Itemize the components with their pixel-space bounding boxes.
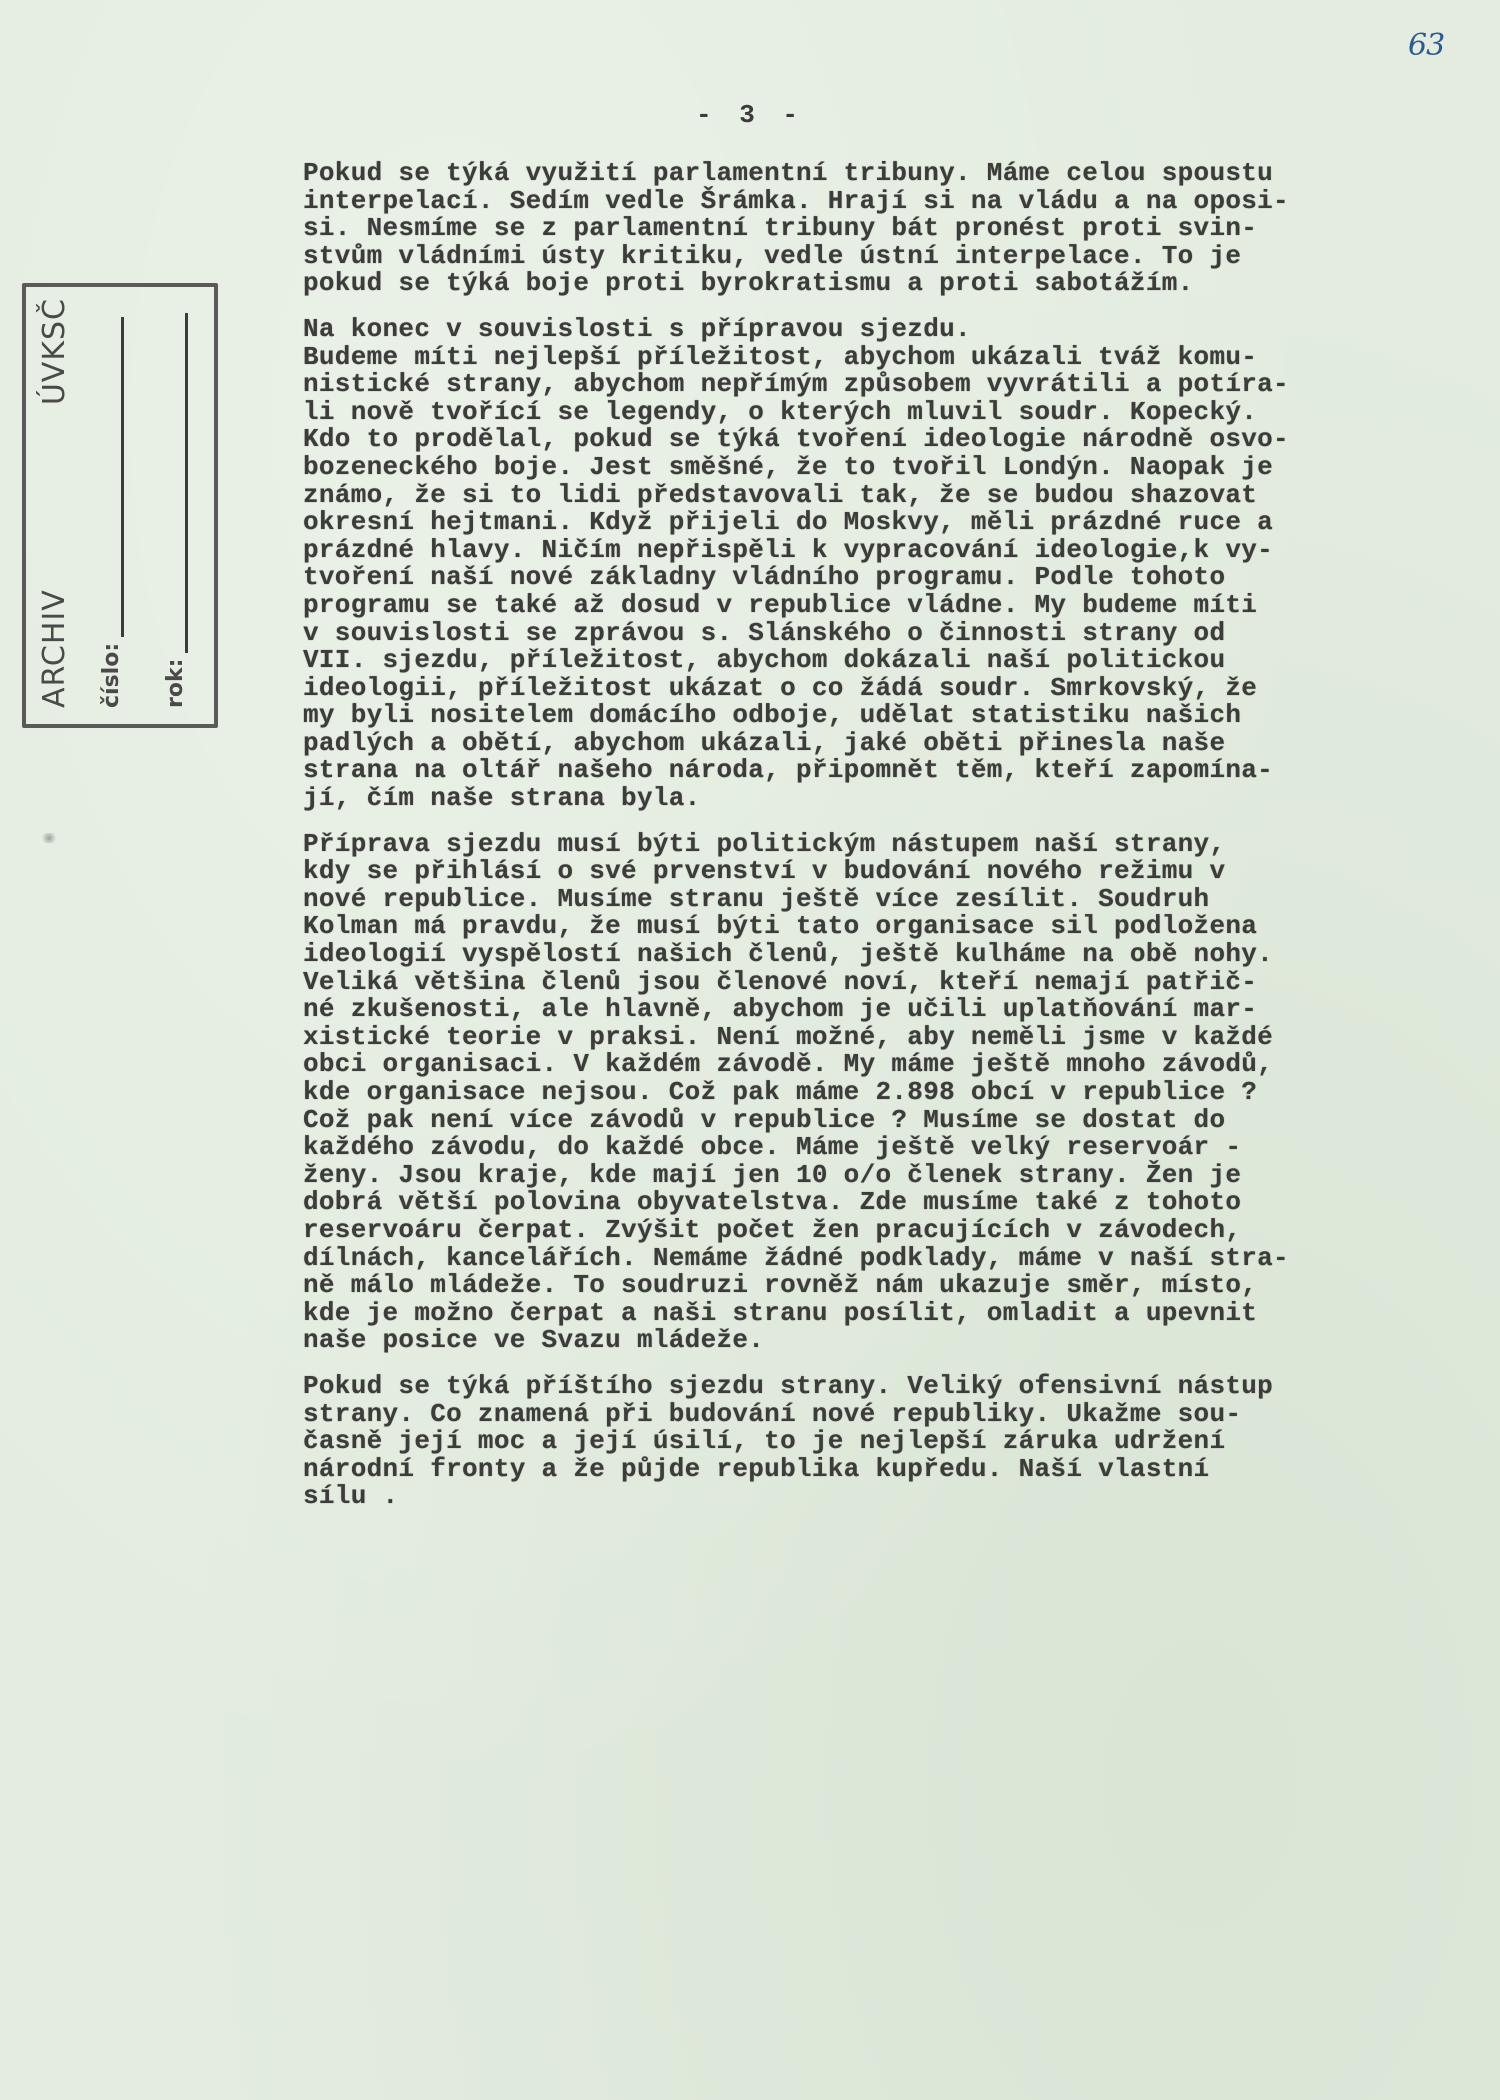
text-line: tvoření naší nové základny vládního prog… <box>303 564 1443 592</box>
text-line: padlých a obětí, abychom ukázali, jaké o… <box>303 730 1443 758</box>
text-line: Budeme míti nejlepší příležitost, abycho… <box>303 344 1443 372</box>
text-line: okresní hejtmani. Když přijeli do Moskvy… <box>303 509 1443 537</box>
stamp-title-uvksc: ÚVKSČ <box>37 298 72 405</box>
text-line: národní fronty a že půjde republika kupř… <box>303 1456 1443 1484</box>
stamp-number-field: číslo: <box>99 316 124 707</box>
text-line: Veliká většina členů jsou členové noví, … <box>303 969 1443 997</box>
text-line: Kdo to prodělal, pokud se týká tvoření i… <box>303 426 1443 454</box>
text-line: kdy se přihlásí o své prvenství v budová… <box>303 858 1443 886</box>
document-body: Pokud se týká využití parlamentní tribun… <box>303 160 1443 1529</box>
text-line: programu se také až dosud v republice vl… <box>303 592 1443 620</box>
archive-stamp: ARCHIV ÚVKSČ číslo: rok: <box>22 283 218 728</box>
text-line: stvům vládními ústy kritiku, vedle ústní… <box>303 243 1443 271</box>
text-line: ženy. Jsou kraje, kde mají jen 10 o/o čl… <box>303 1162 1443 1190</box>
text-line: kde je možno čerpat a naši stranu posíli… <box>303 1300 1443 1328</box>
text-line: strany. Co znamená při budování nové rep… <box>303 1401 1443 1429</box>
text-line: kde organisace nejsou. Což pak máme 2.89… <box>303 1079 1443 1107</box>
text-line: Pokud se týká příštího sjezdu strany. Ve… <box>303 1373 1443 1401</box>
text-line: jí, čím naše strana byla. <box>303 785 1443 813</box>
ink-smudge <box>40 833 58 843</box>
stamp-year-label: rok: <box>163 658 188 707</box>
paragraph-next-congress: Pokud se týká příštího sjezdu strany. Ve… <box>303 1373 1443 1511</box>
text-line: známo, že si to lidi představovali tak, … <box>303 482 1443 510</box>
paragraph-parliament: Pokud se týká využití parlamentní tribun… <box>303 160 1443 298</box>
stamp-number-line <box>103 316 124 636</box>
paragraph-opportunity: Budeme míti nejlepší příležitost, abycho… <box>303 344 1443 813</box>
text-line: interpelací. Sedím vedle Šrámka. Hrají s… <box>303 188 1443 216</box>
text-line: nové republice. Musíme stranu ještě více… <box>303 886 1443 914</box>
text-line: Příprava sjezdu musí býti politickým nás… <box>303 831 1443 859</box>
text-line: naše posice ve Svazu mládeže. <box>303 1327 1443 1355</box>
text-line: ideologií vyspělostí našich členů, ještě… <box>303 941 1443 969</box>
text-line: nistické strany, abychom nepřímým způsob… <box>303 371 1443 399</box>
text-line: obci organisaci. V každém závodě. My mám… <box>303 1051 1443 1079</box>
text-line: sílu . <box>303 1483 1443 1511</box>
text-line: strana na oltář našeho národa, připomnět… <box>303 757 1443 785</box>
stamp-year-line <box>167 312 188 652</box>
text-line: Pokud se týká využití parlamentní tribun… <box>303 160 1443 188</box>
text-line: Což pak není více závodů v republice ? M… <box>303 1107 1443 1135</box>
text-line: prázdné hlavy. Ničím nepřispěli k vyprac… <box>303 537 1443 565</box>
text-line: VII. sjezdu, příležitost, abychom dokáza… <box>303 647 1443 675</box>
text-line: každého závodu, do každé obce. Máme ješt… <box>303 1134 1443 1162</box>
text-line: reservoáru čerpat. Zvýšit počet žen prac… <box>303 1217 1443 1245</box>
stamp-year-field: rok: <box>163 312 188 707</box>
text-line: my byli nositelem domácího odboje, uděla… <box>303 702 1443 730</box>
text-line: ideologii, příležitost ukázat o co žádá … <box>303 675 1443 703</box>
text-line: xistické teorie v praksi. Není možné, ab… <box>303 1024 1443 1052</box>
text-line: né zkušenosti, ale hlavně, abychom je uč… <box>303 996 1443 1024</box>
text-line: li nově tvořící se legendy, o kterých ml… <box>303 399 1443 427</box>
text-line: v souvislosti se zprávou s. Slánského o … <box>303 620 1443 648</box>
text-line: bozeneckého boje. Jest směšné, že to tvo… <box>303 454 1443 482</box>
stamp-title-archiv: ARCHIV <box>37 589 72 708</box>
text-line: si. Nesmíme se z parlamentní tribuny bát… <box>303 215 1443 243</box>
paragraph-preparation: Příprava sjezdu musí býti politickým nás… <box>303 831 1443 1355</box>
text-line: Na konec v souvislosti s přípravou sjezd… <box>303 316 1443 344</box>
text-line: Kolman má pravdu, že musí býti tato orga… <box>303 913 1443 941</box>
folio-number: 63 <box>1408 28 1444 63</box>
text-line: pokud se týká boje proti byrokratismu a … <box>303 270 1443 298</box>
page-number: - 3 - <box>0 100 1500 130</box>
stamp-number-label: číslo: <box>99 642 124 707</box>
text-line: dobrá větší polovina obyvatelstva. Zde m… <box>303 1189 1443 1217</box>
paragraph-congress-heading: Na konec v souvislosti s přípravou sjezd… <box>303 316 1443 344</box>
text-line: dílnách, kancelářích. Nemáme žádné podkl… <box>303 1245 1443 1273</box>
text-line: časně její moc a její úsilí, to je nejle… <box>303 1428 1443 1456</box>
text-line: ně málo mládeže. To soudruzi rovněž nám … <box>303 1272 1443 1300</box>
